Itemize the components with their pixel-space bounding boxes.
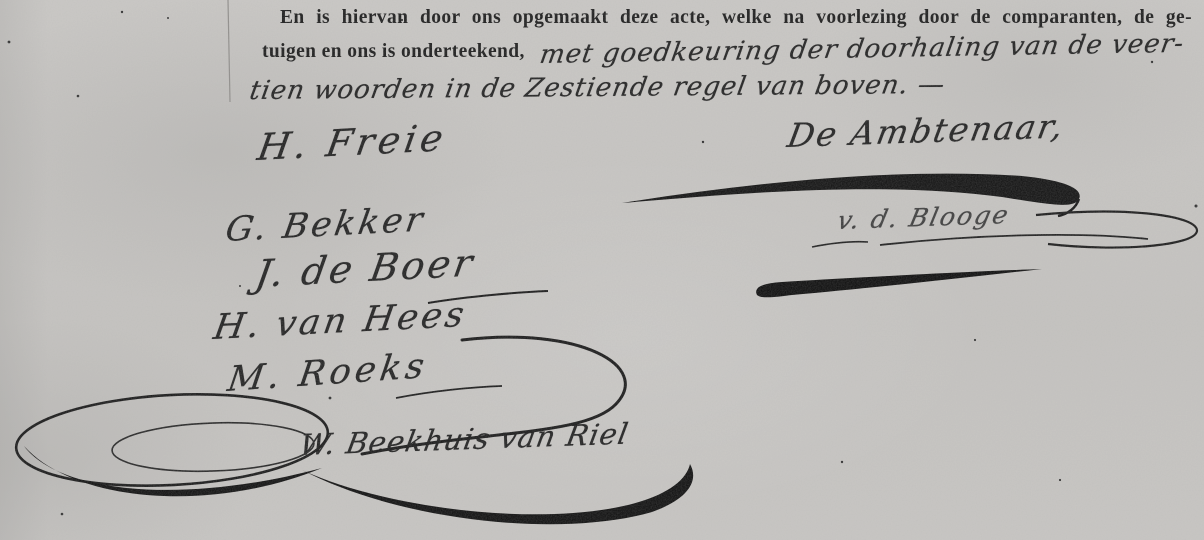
flourish-underline-official-2: [880, 235, 1148, 245]
flourish-underline-official-1: [812, 242, 868, 247]
underline-roeks: [396, 386, 502, 398]
witness-signature: G. Bekker: [223, 200, 429, 250]
flourish-curl-official: [1036, 212, 1197, 248]
witness-signature: J. de Boer: [252, 241, 478, 296]
official-signature: v. d. Blooge: [835, 200, 1013, 235]
flourish-swash-hook: [1058, 199, 1079, 216]
margin-line: [228, 0, 230, 102]
flourish-stroke-official: [756, 269, 1042, 297]
witness-signature: M. Roeks: [225, 346, 431, 400]
printed-line-1: En is hiervan door ons opgemaakt deze ac…: [280, 8, 1192, 28]
printed-line-2: tuigen en ons is onderteekend,: [262, 42, 525, 62]
flourish-stroke-official-dot: [757, 286, 767, 296]
handwritten-clause-line-1: met goedkeuring der doorhaling van de ve…: [538, 29, 1187, 70]
handwritten-clause-line-2: tien woorden in de Zestiende regel van b…: [247, 70, 947, 106]
witness-signature: W. Beekhuis van Riel: [297, 417, 631, 462]
flourish-oval-inner: [111, 419, 315, 474]
witness-signature: H. Freie: [255, 116, 450, 169]
official-title: De Ambtenaar,: [785, 106, 1069, 155]
flourish-oval-shade: [24, 446, 322, 496]
witness-signature: H. van Hees: [211, 295, 470, 348]
scanned-civil-record-page: En is hiervan door ons opgemaakt deze ac…: [0, 0, 1204, 540]
flourish-oval-outer: [14, 387, 330, 493]
flourish-underline-bottom: [302, 464, 693, 524]
